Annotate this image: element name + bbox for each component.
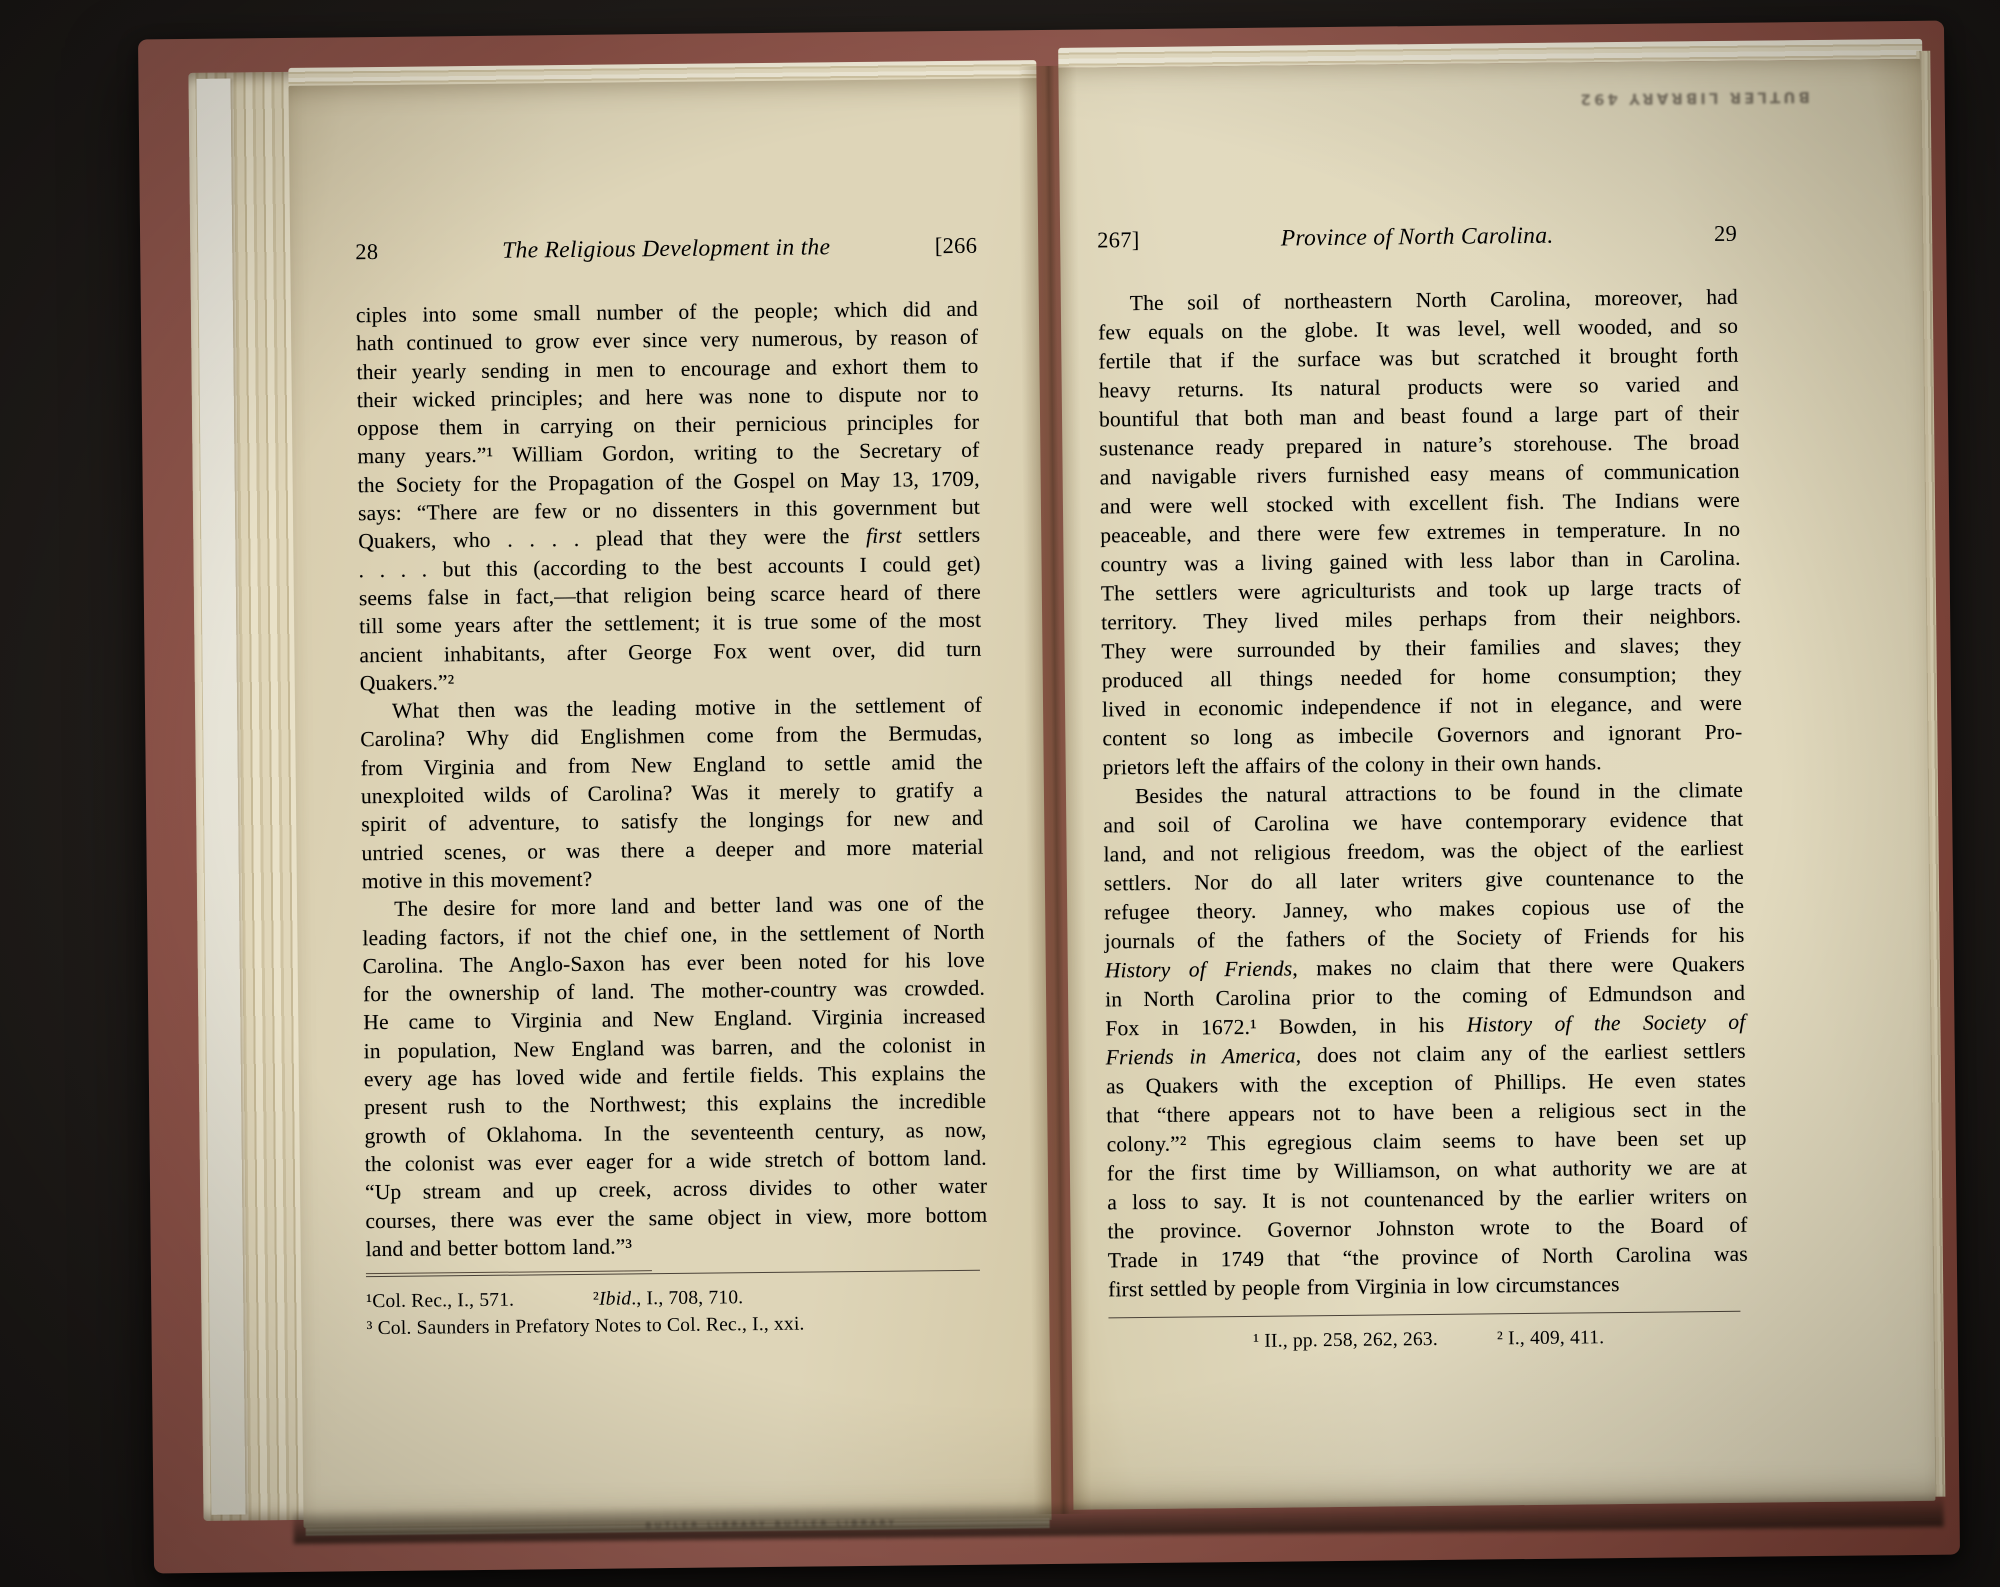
left-page-header: 28 The Religious Development in the [266 <box>355 231 977 268</box>
right-text-block: 267] Province of North Carolina. 29 The … <box>1097 219 1749 1357</box>
show-through-stamp: BUTLER LIBRARY 492 <box>1549 80 1839 109</box>
book: 28 The Religious Development in the [266… <box>138 21 1960 1574</box>
right-body-text: The soil of northeastern North Carolina,… <box>1098 283 1749 1305</box>
paragraph: What then was the leading motive in the … <box>360 691 984 896</box>
right-page-number: 29 <box>1667 219 1737 250</box>
paragraph: ciples into some small number of the peo… <box>356 295 982 698</box>
left-body-text: ciples into some small number of the peo… <box>356 295 988 1264</box>
paragraph: The soil of northeastern North Carolina,… <box>1098 283 1743 783</box>
paragraph: Besides the natural attractions to be fo… <box>1103 776 1748 1305</box>
photo-background: { "left_page": { "header": { "page_numbe… <box>0 0 2000 1587</box>
left-text-block: 28 The Religious Development in the [266… <box>355 231 989 1343</box>
paragraph: The desire for more land and better land… <box>362 889 988 1263</box>
left-footnote-rule <box>366 1268 988 1279</box>
left-running-title: The Religious Development in the <box>425 231 907 266</box>
left-footnotes: ¹Col. Rec., I., 571. ²Ibid., I., 708, 71… <box>366 1282 989 1343</box>
left-page-number: 28 <box>355 237 425 268</box>
right-page-header: 267] Province of North Carolina. 29 <box>1097 219 1737 256</box>
right-folio-number: 267] <box>1097 225 1167 256</box>
right-footnote-rule <box>1108 1309 1748 1320</box>
text-line: first settled by people from Virginia in… <box>1108 1269 1748 1305</box>
text-line: land and better bottom land.”³ <box>366 1228 988 1263</box>
left-folio-number: [266 <box>907 231 977 262</box>
right-running-title: Province of North Carolina. <box>1167 219 1667 254</box>
